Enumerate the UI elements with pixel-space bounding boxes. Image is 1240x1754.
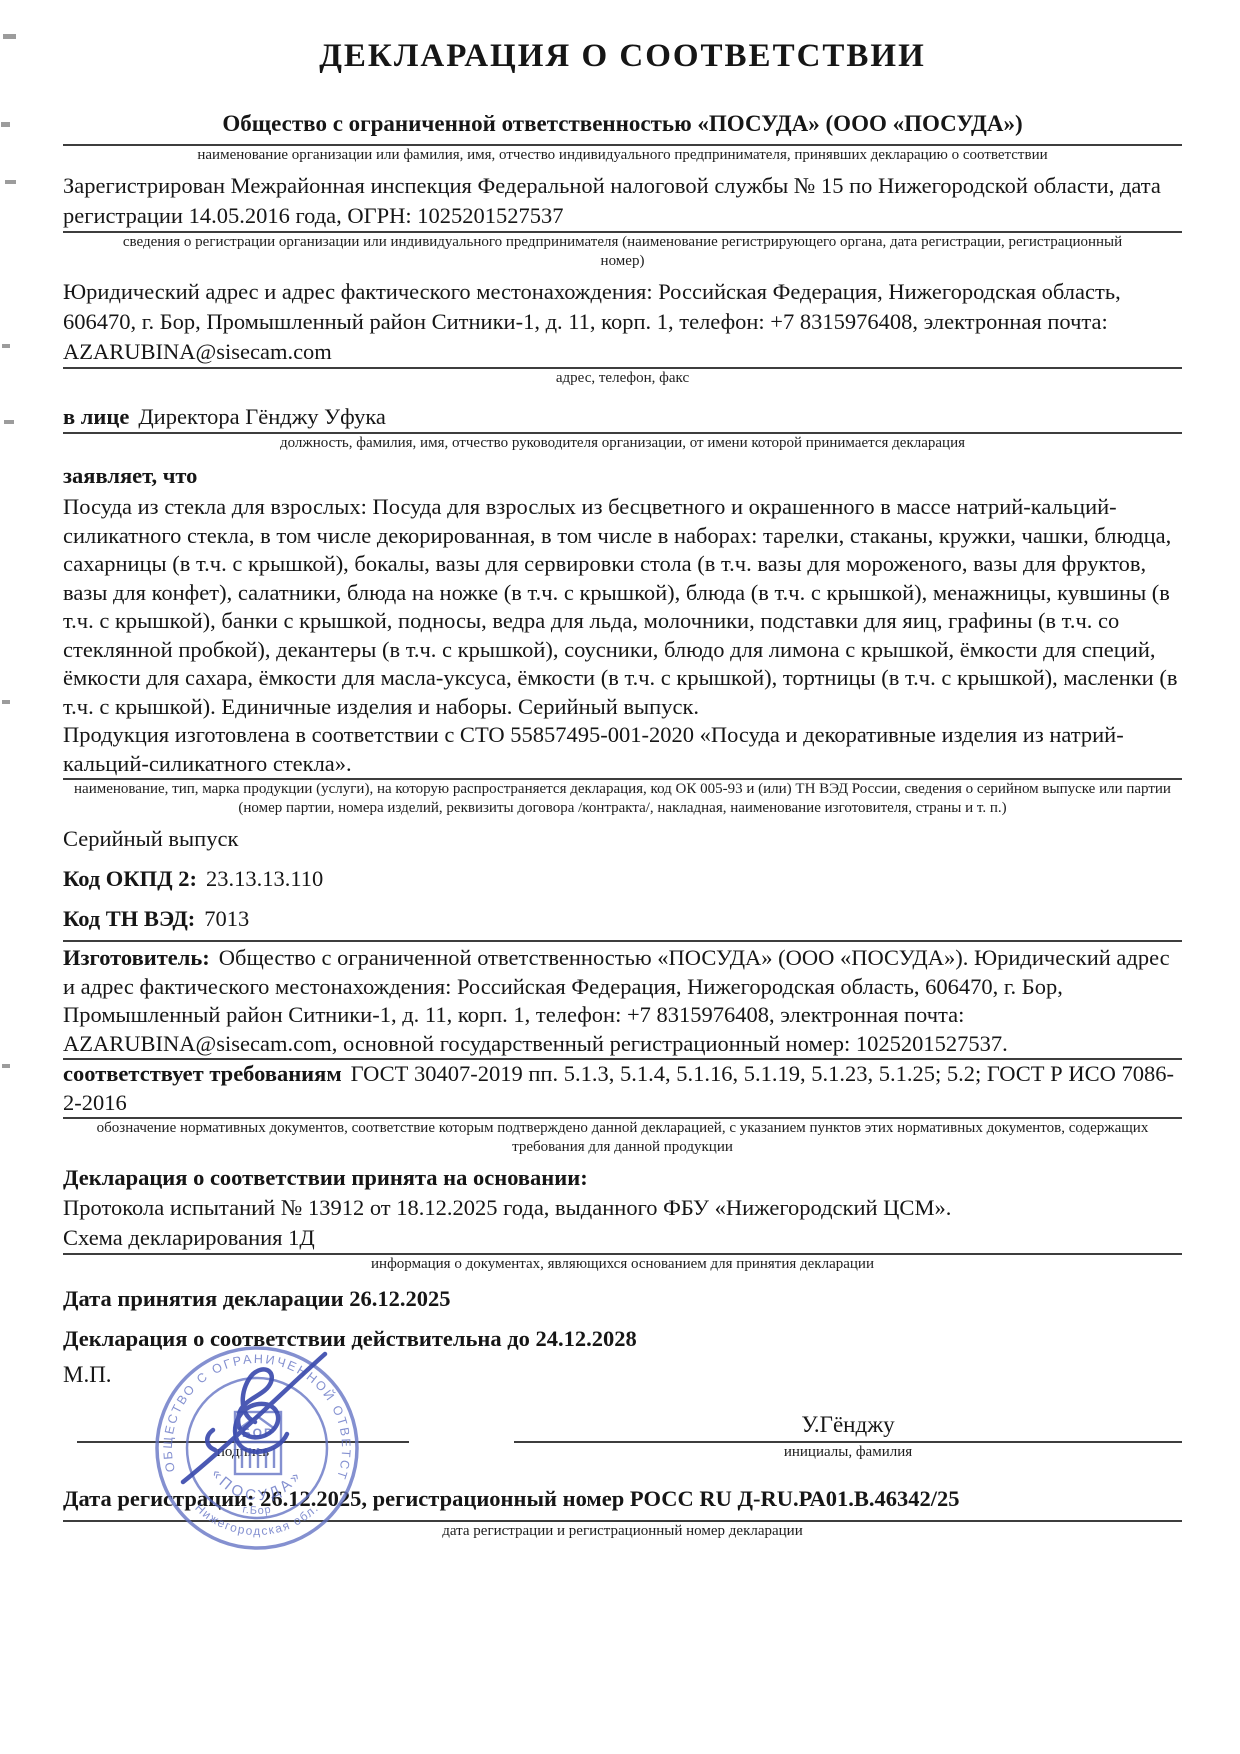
scan-artifact bbox=[1, 122, 10, 127]
signer-name: У.Гёнджу bbox=[514, 1412, 1182, 1438]
product-description: Посуда из стекла для взрослых: Посуда дл… bbox=[63, 493, 1182, 721]
document-title: ДЕКЛАРАЦИЯ О СООТВЕТСТВИИ bbox=[63, 34, 1182, 78]
declares-label: заявляет, что bbox=[63, 461, 1182, 491]
declaration-document: ДЕКЛАРАЦИЯ О СООТВЕТСТВИИ Общество с огр… bbox=[0, 0, 1240, 1754]
seal-placeholder-label: М.П. bbox=[63, 1362, 1182, 1388]
compliance-caption: обозначение нормативных документов, соот… bbox=[63, 1119, 1182, 1157]
registration-info: Зарегистрирован Межрайонная инспекция Фе… bbox=[63, 171, 1182, 231]
basis-caption: информация о документах, являющихся осно… bbox=[63, 1255, 1182, 1274]
company-caption: наименование организации или фамилия, им… bbox=[63, 146, 1182, 165]
tnved-code-line: Код ТН ВЭД:7013 bbox=[63, 904, 1182, 934]
basis-label: Декларация о соответствии принята на осн… bbox=[63, 1163, 1182, 1193]
signature-field: подпись bbox=[77, 1441, 409, 1462]
valid-until-line: Декларация о соответствии действительна … bbox=[63, 1324, 1182, 1354]
address-caption: адрес, телефон, факс bbox=[63, 369, 1182, 388]
scan-artifact bbox=[2, 344, 10, 348]
compliance-label: соответствует требованиям bbox=[63, 1061, 342, 1086]
scan-artifact bbox=[4, 420, 14, 424]
stamp-center-text: БОР bbox=[242, 1426, 274, 1440]
registration-footer-line: Дата регистрации: 26.12.2025, регистраци… bbox=[63, 1484, 1182, 1514]
registration-caption: сведения о регистрации организации или и… bbox=[123, 233, 1123, 271]
okpd-code-line: Код ОКПД 2:23.13.13.110 bbox=[63, 864, 1182, 894]
scan-artifact bbox=[2, 700, 10, 704]
manufacturer-label: Изготовитель: bbox=[63, 945, 210, 970]
address-info: Юридический адрес и адрес фактического м… bbox=[63, 277, 1182, 367]
tnved-label: Код ТН ВЭД: bbox=[63, 906, 195, 931]
scan-artifact bbox=[5, 180, 16, 184]
declaration-scheme: Схема декларирования 1Д bbox=[63, 1223, 1182, 1253]
head-caption: должность, фамилия, имя, отчество руково… bbox=[63, 434, 1182, 453]
okpd-label: Код ОКПД 2: bbox=[63, 866, 197, 891]
serial-issue: Серийный выпуск bbox=[63, 824, 1182, 854]
manufacturer-info: Изготовитель:Общество с ограниченной отв… bbox=[63, 944, 1182, 1058]
tnved-value: 7013 bbox=[204, 906, 249, 931]
signature-caption: подпись bbox=[77, 1443, 409, 1462]
divider bbox=[63, 940, 1182, 942]
name-caption: инициалы, фамилия bbox=[514, 1443, 1182, 1462]
signature-block: ОБЩЕСТВО С ОГРАНИЧЕННОЙ ОТВЕТСТВЕННОСТЬЮ… bbox=[63, 1404, 1182, 1462]
head-of-org-value: Директора Гёнджу Уфука bbox=[138, 404, 386, 429]
in-person-label: в лице bbox=[63, 404, 129, 429]
test-protocol: Протокола испытаний № 13912 от 18.12.202… bbox=[63, 1193, 1182, 1223]
name-field: У.Гёнджу инициалы, фамилия bbox=[514, 1412, 1182, 1462]
document-body: ДЕКЛАРАЦИЯ О СООТВЕТСТВИИ Общество с огр… bbox=[0, 0, 1240, 1541]
scan-artifact bbox=[3, 34, 16, 39]
registration-footer-caption: дата регистрации и регистрационный номер… bbox=[63, 1522, 1182, 1541]
scan-artifact bbox=[2, 1064, 10, 1068]
compliance-line: соответствует требованиямГОСТ 30407-2019… bbox=[63, 1060, 1182, 1117]
adoption-date-line: Дата принятия декларации 26.12.2025 bbox=[63, 1284, 1182, 1314]
product-caption: наименование, тип, марка продукции (услу… bbox=[63, 780, 1182, 818]
head-of-org-line: в лицеДиректора Гёнджу Уфука bbox=[63, 402, 1182, 432]
company-name: Общество с ограниченной ответственностью… bbox=[63, 110, 1182, 138]
sto-statement: Продукция изготовлена в соответствии с С… bbox=[63, 721, 1182, 778]
manufacturer-text: Общество с ограниченной ответственностью… bbox=[63, 945, 1170, 1056]
okpd-value: 23.13.13.110 bbox=[206, 866, 323, 891]
